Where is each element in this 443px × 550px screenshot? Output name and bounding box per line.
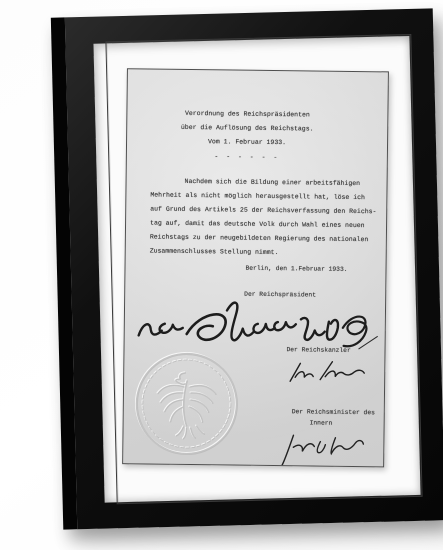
document-photograph: Verordnung des Reichspräsidenten über di… <box>122 68 389 467</box>
product-photo-background: Verordnung des Reichspräsidenten über di… <box>0 0 443 550</box>
document-title-line1: Verordnung des Reichspräsidenten <box>127 109 367 119</box>
reichsadler-seal-icon <box>129 346 244 461</box>
body-line: auf Grund des Artikels 25 der Reichsverf… <box>150 205 376 215</box>
body-line: Zusammenschlusses Stellung nimmt. <box>150 247 279 256</box>
decree-document: Verordnung des Reichspräsidenten über di… <box>123 69 388 466</box>
document-title-line3: Vom 1. Februar 1933. <box>127 137 367 147</box>
office-minister-label-line2: Innern <box>310 419 333 426</box>
body-line: tag auf, damit das deutsche Volk durch W… <box>150 219 365 229</box>
mat-board: Verordnung des Reichspräsidenten über di… <box>93 36 420 503</box>
document-title-line2: über die Auflösung des Reichstags. <box>127 123 367 133</box>
chancellor-signature <box>284 357 370 388</box>
office-chancellor-label: Der Reichskanzler <box>286 346 350 354</box>
body-line: Reichstags zu der neugebildeten Regierun… <box>150 233 369 243</box>
dateline: Berlin, den 1.Februar 1933. <box>245 265 347 273</box>
picture-frame: Verordnung des Reichspräsidenten über di… <box>51 8 443 529</box>
title-separator: - - - - - - <box>127 152 367 162</box>
body-line: Nachdem sich die Bildung einer arbeitsfä… <box>185 178 361 187</box>
office-minister-label-line1: Der Reichsminister des <box>292 408 375 416</box>
pen-flourish-stroke <box>358 334 380 350</box>
frick-signature <box>279 427 372 467</box>
body-line: Mehrheit als nicht möglich herausgestell… <box>150 191 365 201</box>
